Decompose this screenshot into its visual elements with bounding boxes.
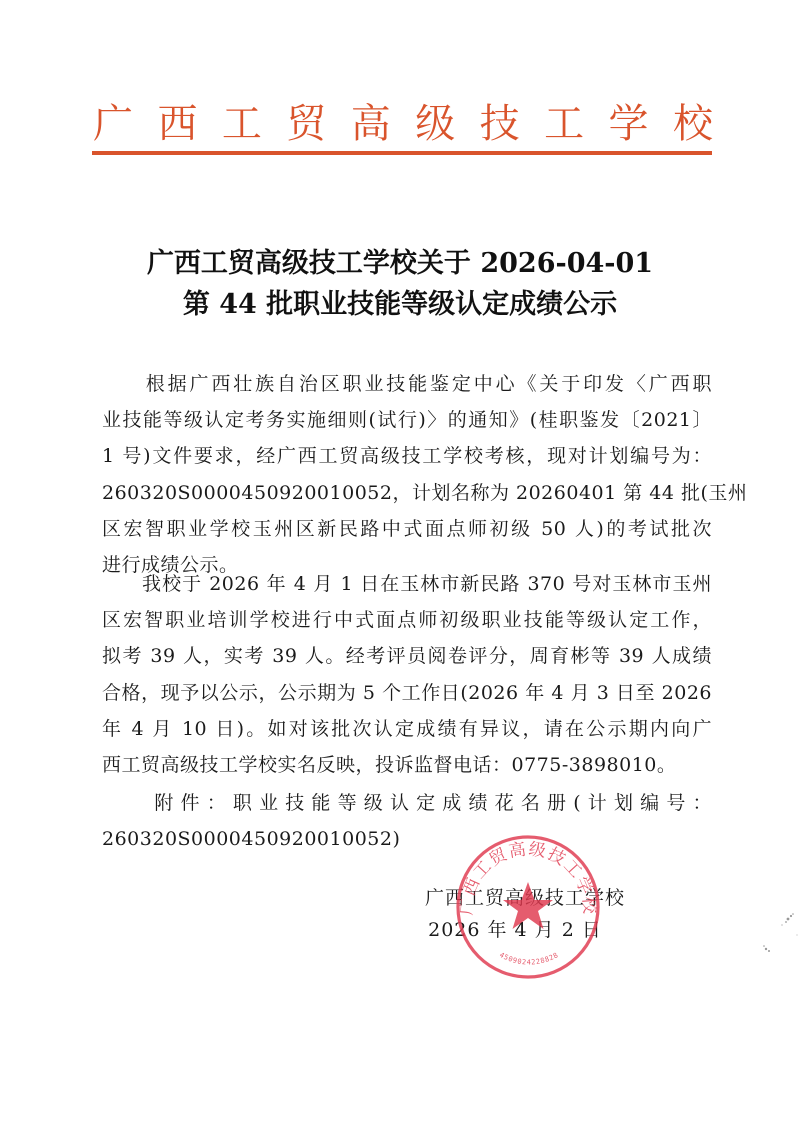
svg-text:4509024228828: 4509024228828 xyxy=(498,951,560,967)
letterhead-char: 西 xyxy=(156,92,198,149)
letterhead-char: 贸 xyxy=(285,92,327,149)
letterhead-school-name: 广 西 工 贸 高 级 技 工 学 校 xyxy=(92,92,714,148)
paragraph-results: 我校于 2026 年 4 月 1 日在玉林市新民路 370 号对玉林市玉州 区宏… xyxy=(102,566,712,783)
scan-noise-specks xyxy=(760,905,800,965)
text-line: 西工贸高级技工学校实名反映，投诉监督电话：0775-3898010。 xyxy=(102,747,712,783)
letterhead-char: 学 xyxy=(608,92,650,149)
text-line: 区宏智职业培训学校进行中式面点师初级职业技能等级认定工作， xyxy=(102,602,712,638)
letterhead-char: 技 xyxy=(479,92,521,149)
letterhead-char: 工 xyxy=(543,92,585,149)
text-line: 260320S0000450920010052，计划名称为 20260401 第… xyxy=(102,475,712,511)
letterhead-char: 高 xyxy=(350,92,392,149)
letterhead-char: 工 xyxy=(221,92,263,149)
signature-organization: 广西工贸高级技工学校 xyxy=(410,883,640,910)
text-line: 根据广西壮族自治区职业技能鉴定中心《关于印发〈广西职 xyxy=(102,366,712,402)
paragraph-attachment: 附件：职业技能等级认定成绩花名册(计划编号： 260320S0000450920… xyxy=(102,785,712,857)
letterhead-char: 校 xyxy=(672,92,714,149)
document-title-line-2: 第 44 批职业技能等级认定成绩公示 xyxy=(0,284,800,326)
text-line: 拟考 39 人，实考 39 人。经考评员阅卷评分，周育彬等 39 人成绩 xyxy=(102,638,712,674)
text-line: 业技能等级认定考务实施细则(试行)〉的通知》(桂职鉴发〔2021〕 xyxy=(102,402,712,438)
text-line: 1 号)文件要求，经广西工贸高级技工学校考核，现对计划编号为： xyxy=(102,438,712,474)
letterhead-divider xyxy=(92,151,712,155)
text-line: 260320S0000450920010052) xyxy=(102,821,712,857)
signature-date: 2026 年 4 月 2 日 xyxy=(420,915,610,942)
text-line: 合格，现予以公示，公示期为 5 个工作日(2026 年 4 月 3 日至 202… xyxy=(102,675,712,711)
text-line: 年 4 月 10 日)。如对该批次认定成绩有异议，请在公示期内向广 xyxy=(102,711,712,747)
paragraph-basis: 根据广西壮族自治区职业技能鉴定中心《关于印发〈广西职 业技能等级认定考务实施细则… xyxy=(102,366,712,583)
text-line: 我校于 2026 年 4 月 1 日在玉林市新民路 370 号对玉林市玉州 xyxy=(102,566,712,602)
letterhead-char: 级 xyxy=(414,92,456,149)
text-line: 附件：职业技能等级认定成绩花名册(计划编号： xyxy=(102,785,712,821)
letterhead-char: 广 xyxy=(92,92,134,149)
seal-code: 4509024228828 xyxy=(498,951,560,967)
document-title-line-1: 广西工贸高级技工学校关于 2026-04-01 xyxy=(0,243,800,285)
text-line: 区宏智职业学校玉州区新民路中式面点师初级 50 人)的考试批次 xyxy=(102,511,712,547)
